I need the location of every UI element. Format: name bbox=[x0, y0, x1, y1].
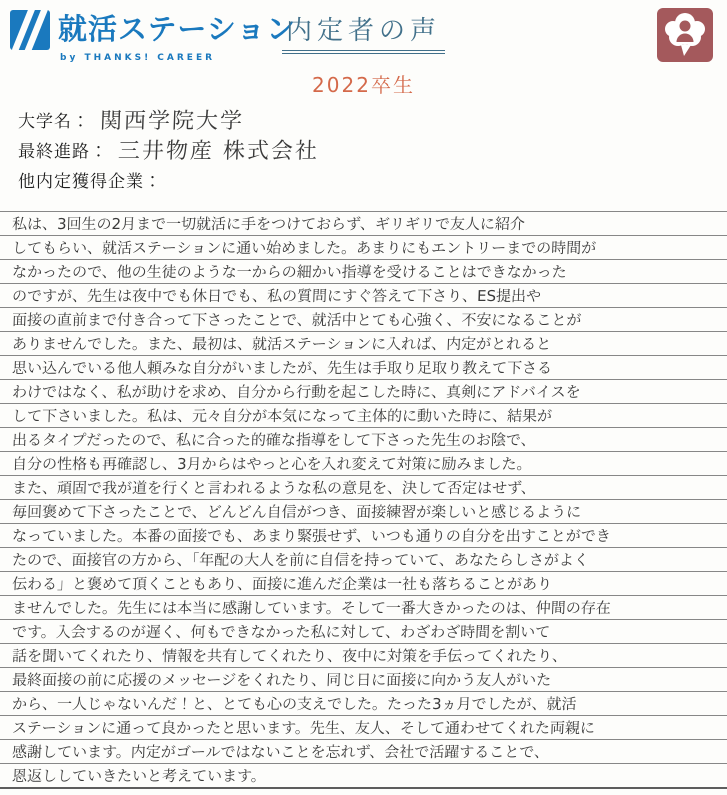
field-final-destination: 最終進路： 三井物産 株式会社 bbox=[18, 134, 708, 164]
testimonial-line-text: また、頑固で我が道を行くと言われるような私の意見を、決して否定はせず、 bbox=[12, 478, 537, 499]
testimonial-line-text: 伝わる」と褒めて頂くこともあり、面接に進んだ企業は一社も落ちることがあり bbox=[12, 574, 553, 595]
testimonial-line: してもらい、就活ステーションに通い始めました。あまりにもエントリーまでの時間が bbox=[0, 235, 727, 259]
testimonial-line-text: 恩返ししていきたいと考えています。 bbox=[12, 766, 267, 787]
field-other-offers: 他内定獲得企業： bbox=[18, 164, 708, 194]
testimonial-line: ませんでした。先生には本当に感謝しています。そして一番大きかったのは、仲間の存在 bbox=[0, 595, 727, 619]
testimonial-line-text: ませんでした。先生には本当に感謝しています。そして一番大きかったのは、仲間の存在 bbox=[12, 598, 612, 619]
testimonial-line: なっていました。本番の面接でも、あまり緊張せず、いつも通りの自分を出すことができ bbox=[0, 523, 727, 547]
testimonial-line-text: 私は、3回生の2月まで一切就活に手をつけておらず、ギリギリで友人に紹介 bbox=[12, 214, 526, 235]
testimonial-line: 面接の直前まで付き合って下さったことで、就活中とても心強く、不安になることが bbox=[0, 307, 727, 331]
testimonial-line-text: です。入会するのが遅く、何もできなかった私に対して、わざわざ時間を割いて bbox=[12, 622, 551, 643]
page-title: 内定者の声 bbox=[282, 10, 445, 54]
field-university-value: 関西学院大学 bbox=[99, 104, 244, 135]
testimonial-line-text: してもらい、就活ステーションに通い始めました。あまりにもエントリーまでの時間が bbox=[12, 238, 597, 259]
testimonial-line: のですが、先生は夜中でも休日でも、私の質問にすぐ答えて下さり、ES提出や bbox=[0, 283, 727, 307]
testimonial-line: 自分の性格も再確認し、3月からはやっと心を入れ変えて対策に励みました。 bbox=[0, 451, 727, 475]
testimonial-line-text: 面接の直前まで付き合って下さったことで、就活中とても心強く、不安になることが bbox=[12, 310, 582, 331]
testimonial-line-text: から、一人じゃないんだ！と、とても心の支えでした。たった3ヵ月でしたが、就活 bbox=[12, 694, 577, 715]
testimonial-line-text: 毎回褒めて下さったことで、どんどん自信がつき、面接練習が楽しいと感じるように bbox=[12, 502, 582, 523]
testimonial-line-text: たので、面接官の方から、「年配の大人を前に自信を持っていて、あなたらしさがよく bbox=[12, 550, 590, 571]
testimonial-line-text: なっていました。本番の面接でも、あまり緊張せず、いつも通りの自分を出すことができ bbox=[12, 526, 612, 547]
testimonial-line-text: なかったので、他の生徒のような一からの細かい指導を受けることはできなかった bbox=[12, 262, 567, 283]
testimonial-line-text: のですが、先生は夜中でも休日でも、私の質問にすぐ答えて下さり、ES提出や bbox=[12, 286, 542, 307]
testimonial-line: から、一人じゃないんだ！と、とても心の支えでした。たった3ヵ月でしたが、就活 bbox=[0, 691, 727, 715]
testimonial-line-text: 思い込んでいる他人頼みな自分がいましたが、先生は手取り足取り教えて下さる bbox=[12, 358, 553, 379]
testimonial-line: 私は、3回生の2月まで一切就活に手をつけておらず、ギリギリで友人に紹介 bbox=[0, 211, 727, 235]
testimonial-line: 感謝しています。内定がゴールではないことを忘れず、会社で活躍することで、 bbox=[0, 739, 727, 763]
title-block: 内定者の声 2022卒生 bbox=[0, 10, 727, 98]
person-speech-bubble-icon bbox=[656, 7, 714, 63]
testimonial-line: 毎回褒めて下さったことで、どんどん自信がつき、面接練習が楽しいと感じるように bbox=[0, 499, 727, 523]
field-university: 大学名： 関西学院大学 bbox=[18, 104, 708, 134]
testimonial-line: 出るタイプだったので、私に合った的確な指導をして下さった先生のお陰で、 bbox=[0, 427, 727, 451]
testimonial-line-text: 最終面接の前に応援のメッセージをくれたり、同じ日に面接に向かう友人がいた bbox=[12, 670, 552, 691]
cohort-label: 2022卒生 bbox=[0, 69, 727, 98]
testimonial-line: 恩返ししていきたいと考えています。 bbox=[0, 763, 727, 787]
profile-fields: 大学名： 関西学院大学 最終進路： 三井物産 株式会社 他内定獲得企業： bbox=[18, 104, 708, 194]
testimonial-line: 話を聞いてくれたり、情報を共有してくれたり、夜中に対策を手伝ってくれたり、 bbox=[0, 643, 727, 667]
testimonial-line: また、頑固で我が道を行くと言われるような私の意見を、決して否定はせず、 bbox=[0, 475, 727, 499]
field-other-offers-label: 他内定獲得企業： bbox=[18, 167, 162, 192]
testimonial-line-text: ありませんでした。また、最初は、就活ステーションに入れば、内定がとれると bbox=[12, 334, 552, 355]
testimonial-line: ありませんでした。また、最初は、就活ステーションに入れば、内定がとれると bbox=[0, 331, 727, 355]
testimonial-body: 私は、3回生の2月まで一切就活に手をつけておらず、ギリギリで友人に紹介 してもら… bbox=[0, 211, 727, 789]
testimonial-line: なかったので、他の生徒のような一からの細かい指導を受けることはできなかった bbox=[0, 259, 727, 283]
testimonial-line-text: ステーションに通って良かったと思います。先生、友人、そして通わせてくれた両親に bbox=[12, 718, 596, 739]
testimonial-line-text: して下さいました。私は、元々自分が本気になって主体的に動いた時に、結果が bbox=[12, 406, 553, 427]
testimonial-line: 伝わる」と褒めて頂くこともあり、面接に進んだ企業は一社も落ちることがあり bbox=[0, 571, 727, 595]
testimonial-line-text: 感謝しています。内定がゴールではないことを忘れず、会社で活躍することで、 bbox=[12, 742, 550, 763]
testimonial-line-text: わけではなく、私が助けを求め、自分から行動を起こした時に、真剣にアドバイスを bbox=[12, 382, 581, 403]
testimonial-line: 思い込んでいる他人頼みな自分がいましたが、先生は手取り足取り教えて下さる bbox=[0, 355, 727, 379]
field-final-destination-label: 最終進路： bbox=[18, 137, 108, 162]
testimonial-line: わけではなく、私が助けを求め、自分から行動を起こした時に、真剣にアドバイスを bbox=[0, 379, 727, 403]
testimonial-line: です。入会するのが遅く、何もできなかった私に対して、わざわざ時間を割いて bbox=[0, 619, 727, 643]
testimonial-line-text: 出るタイプだったので、私に合った的確な指導をして下さった先生のお陰で、 bbox=[12, 430, 536, 451]
testimonial-line: 最終面接の前に応援のメッセージをくれたり、同じ日に面接に向かう友人がいた bbox=[0, 667, 727, 691]
testimonial-line: して下さいました。私は、元々自分が本気になって主体的に動いた時に、結果が bbox=[0, 403, 727, 427]
page-header: 就活ステーション by THANKS! CAREER 内定者の声 2022卒生 bbox=[0, 0, 727, 104]
field-final-destination-value: 三井物産 株式会社 bbox=[117, 134, 319, 165]
testimonial-line-text: 話を聞いてくれたり、情報を共有してくれたり、夜中に対策を手伝ってくれたり、 bbox=[12, 646, 568, 667]
testimonial-line: たので、面接官の方から、「年配の大人を前に自信を持っていて、あなたらしさがよく bbox=[0, 547, 727, 571]
field-university-label: 大学名： bbox=[18, 107, 90, 132]
testimonial-line-text: 自分の性格も再確認し、3月からはやっと心を入れ変えて対策に励みました。 bbox=[12, 454, 532, 475]
testimonial-line: ステーションに通って良かったと思います。先生、友人、そして通わせてくれた両親に bbox=[0, 715, 727, 739]
